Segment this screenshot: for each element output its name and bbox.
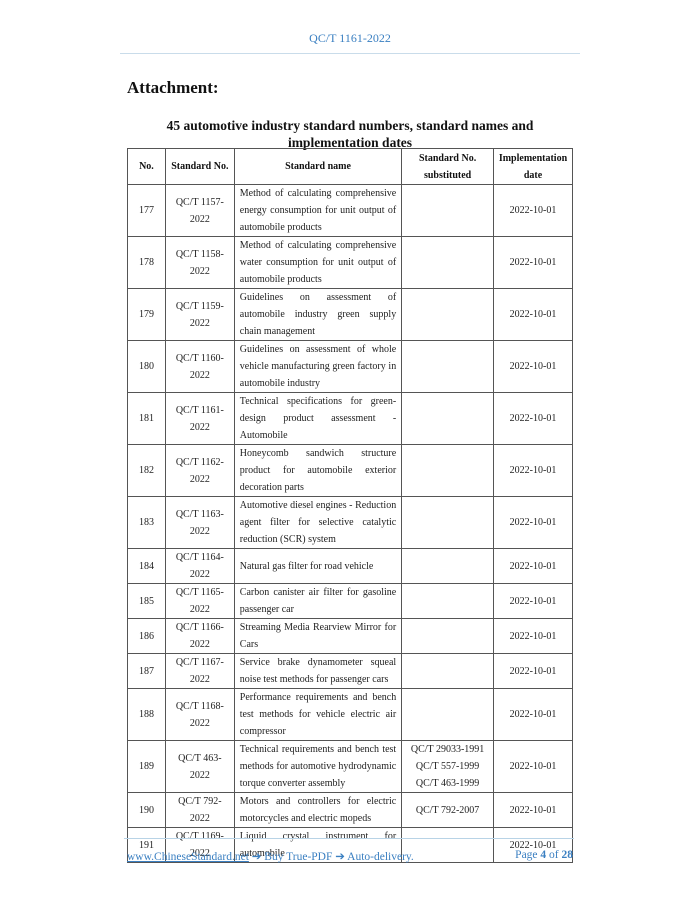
implementation-date: 2022-10-01 xyxy=(493,497,572,549)
buy-text: Buy True-PDF xyxy=(264,851,332,863)
standard-name: Honeycomb sandwich structure product for… xyxy=(234,445,401,497)
implementation-date: 2022-10-01 xyxy=(493,584,572,619)
substituted-standards xyxy=(402,445,494,497)
standard-number: QC/T 1165- 2022 xyxy=(165,584,234,619)
substituted-standards xyxy=(402,237,494,289)
table-row: 188QC/T 1168- 2022Performance requiremen… xyxy=(128,689,573,741)
substituted-standards xyxy=(402,619,494,654)
page-indicator: Page 4 of 28 xyxy=(515,849,573,861)
row-number: 181 xyxy=(128,393,166,445)
column-header-implementation-date: Implementation date xyxy=(493,149,572,185)
standard-number: QC/T 1159- 2022 xyxy=(165,289,234,341)
implementation-date: 2022-10-01 xyxy=(493,793,572,828)
substituted-standards xyxy=(402,341,494,393)
standards-table: No. Standard No. Standard name Standard … xyxy=(127,148,573,863)
row-number: 187 xyxy=(128,654,166,689)
row-number: 183 xyxy=(128,497,166,549)
column-header-substituted: Standard No. substituted xyxy=(402,149,494,185)
implementation-date: 2022-10-01 xyxy=(493,689,572,741)
implementation-date: 2022-10-01 xyxy=(493,185,572,237)
table-row: 186QC/T 1166- 2022Streaming Media Rearvi… xyxy=(128,619,573,654)
standard-name: Technical requirements and bench test me… xyxy=(234,741,401,793)
page-label: Page xyxy=(515,849,537,861)
table-row: 179QC/T 1159- 2022Guidelines on assessme… xyxy=(128,289,573,341)
standard-number: QC/T 1164- 2022 xyxy=(165,549,234,584)
table-header-row: No. Standard No. Standard name Standard … xyxy=(128,149,573,185)
row-number: 180 xyxy=(128,341,166,393)
implementation-date: 2022-10-01 xyxy=(493,654,572,689)
row-number: 190 xyxy=(128,793,166,828)
row-number: 188 xyxy=(128,689,166,741)
standard-name: Guidelines on assessment of automobile i… xyxy=(234,289,401,341)
table-row: 181QC/T 1161- 2022Technical specificatio… xyxy=(128,393,573,445)
standard-name: Motors and controllers for electric moto… xyxy=(234,793,401,828)
substituted-standards xyxy=(402,289,494,341)
column-header-no: No. xyxy=(128,149,166,185)
table-row: 185QC/T 1165- 2022Carbon canister air fi… xyxy=(128,584,573,619)
standard-name: Streaming Media Rearview Mirror for Cars xyxy=(234,619,401,654)
substituted-standards xyxy=(402,584,494,619)
row-number: 186 xyxy=(128,619,166,654)
table-row: 183QC/T 1163- 2022Automotive diesel engi… xyxy=(128,497,573,549)
table-row: 190QC/T 792- 2022Motors and controllers … xyxy=(128,793,573,828)
table-row: 187QC/T 1167- 2022Service brake dynamome… xyxy=(128,654,573,689)
delivery-text: Auto-delivery. xyxy=(347,851,414,863)
row-number: 178 xyxy=(128,237,166,289)
implementation-date: 2022-10-01 xyxy=(493,549,572,584)
standard-name: Method of calculating comprehensive wate… xyxy=(234,237,401,289)
document-code-header: QC/T 1161-2022 xyxy=(0,31,700,46)
substituted-standards xyxy=(402,393,494,445)
substituted-standards xyxy=(402,654,494,689)
substituted-standards xyxy=(402,185,494,237)
standard-number: QC/T 1158- 2022 xyxy=(165,237,234,289)
page-current: 4 xyxy=(540,849,546,861)
implementation-date: 2022-10-01 xyxy=(493,289,572,341)
substituted-standards: QC/T 792-2007 xyxy=(402,793,494,828)
footer-divider xyxy=(124,838,574,839)
implementation-date: 2022-10-01 xyxy=(493,393,572,445)
standard-number: QC/T 463- 2022 xyxy=(165,741,234,793)
substituted-standards xyxy=(402,549,494,584)
attachment-heading: Attachment: xyxy=(127,78,219,98)
substituted-standards: QC/T 29033-1991 QC/T 557-1999 QC/T 463-1… xyxy=(402,741,494,793)
row-number: 182 xyxy=(128,445,166,497)
standard-number: QC/T 1166- 2022 xyxy=(165,619,234,654)
standard-number: QC/T 792- 2022 xyxy=(165,793,234,828)
standard-name: Performance requirements and bench test … xyxy=(234,689,401,741)
implementation-date: 2022-10-01 xyxy=(493,445,572,497)
standard-number: QC/T 1161- 2022 xyxy=(165,393,234,445)
implementation-date: 2022-10-01 xyxy=(493,619,572,654)
implementation-date: 2022-10-01 xyxy=(493,341,572,393)
standard-number: QC/T 1162- 2022 xyxy=(165,445,234,497)
arrow-icon: ➔ xyxy=(335,851,345,863)
standard-number: QC/T 1157- 2022 xyxy=(165,185,234,237)
table-row: 182QC/T 1162- 2022Honeycomb sandwich str… xyxy=(128,445,573,497)
row-number: 184 xyxy=(128,549,166,584)
page-of: of xyxy=(549,849,559,861)
implementation-date: 2022-10-01 xyxy=(493,237,572,289)
substituted-standards xyxy=(402,689,494,741)
table-row: 189QC/T 463- 2022Technical requirements … xyxy=(128,741,573,793)
standard-number: QC/T 1167- 2022 xyxy=(165,654,234,689)
standard-name: Natural gas filter for road vehicle xyxy=(234,549,401,584)
row-number: 185 xyxy=(128,584,166,619)
standard-name: Guidelines on assessment of whole vehicl… xyxy=(234,341,401,393)
standard-number: QC/T 1163- 2022 xyxy=(165,497,234,549)
page-footer: www.ChineseStandard.net ➔ Buy True-PDF ➔… xyxy=(127,849,575,863)
row-number: 177 xyxy=(128,185,166,237)
table-row: 178QC/T 1158- 2022Method of calculating … xyxy=(128,237,573,289)
row-number: 179 xyxy=(128,289,166,341)
website-link[interactable]: www.ChineseStandard.net xyxy=(127,851,249,863)
standard-name: Automotive diesel engines - Reduction ag… xyxy=(234,497,401,549)
standard-name: Service brake dynamometer squeal noise t… xyxy=(234,654,401,689)
standard-name: Carbon canister air filter for gasoline … xyxy=(234,584,401,619)
arrow-icon: ➔ xyxy=(252,851,262,863)
table-row: 177QC/T 1157- 2022Method of calculating … xyxy=(128,185,573,237)
standard-number: QC/T 1168- 2022 xyxy=(165,689,234,741)
table-row: 184QC/T 1164- 2022Natural gas filter for… xyxy=(128,549,573,584)
column-header-standard-no: Standard No. xyxy=(165,149,234,185)
row-number: 189 xyxy=(128,741,166,793)
standard-name: Technical specifications for green-desig… xyxy=(234,393,401,445)
table-row: 180QC/T 1160- 2022Guidelines on assessme… xyxy=(128,341,573,393)
substituted-standards xyxy=(402,497,494,549)
header-divider xyxy=(120,53,580,54)
page-total: 28 xyxy=(562,849,574,861)
standard-number: QC/T 1160- 2022 xyxy=(165,341,234,393)
column-header-standard-name: Standard name xyxy=(234,149,401,185)
implementation-date: 2022-10-01 xyxy=(493,741,572,793)
table-title: 45 automotive industry standard numbers,… xyxy=(127,117,573,151)
standard-name: Method of calculating comprehensive ener… xyxy=(234,185,401,237)
